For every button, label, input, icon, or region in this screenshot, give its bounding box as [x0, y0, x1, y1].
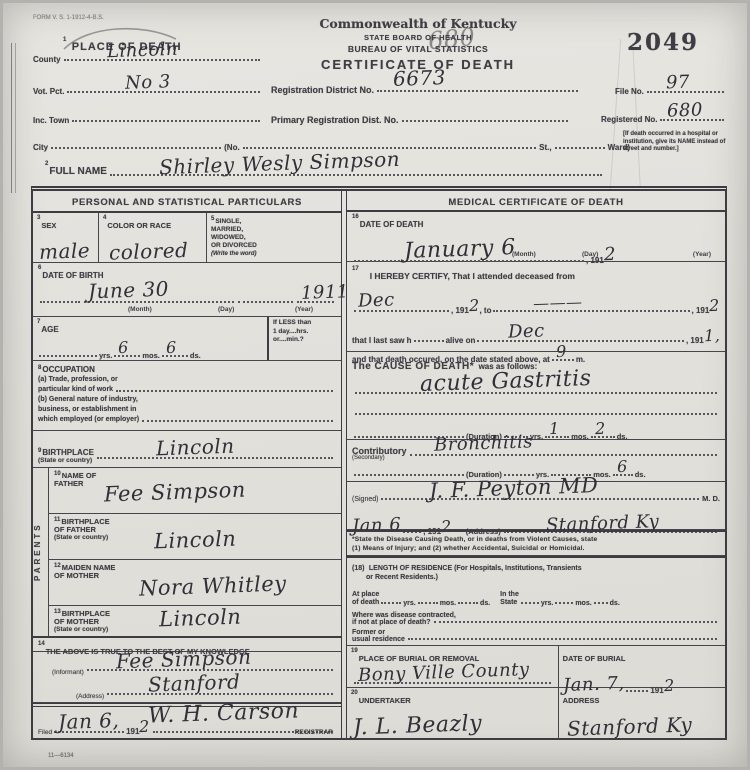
filed-date: Jan 6,	[58, 708, 120, 734]
undertaker-address-value: Stanford Ky	[566, 711, 721, 740]
undertaker-row: 20UNDERTAKER J. L. Beazly ADDRESS Stanfo…	[347, 688, 725, 740]
contracted-label1: Where was disease contracted,	[352, 612, 720, 619]
sex-label: SEX	[41, 221, 56, 230]
father-name-value: Fee Simpson	[104, 478, 247, 507]
city-no-label: (No.	[224, 143, 240, 152]
registrar-label: REGISTRAR	[295, 729, 333, 736]
registration-district-field: Registration District No. 6673	[271, 85, 581, 95]
footnote-line2: (1) Means of Injury; and (2) whether Acc…	[352, 544, 720, 553]
undertaker-address-label: ADDRESS	[563, 696, 600, 705]
res-ds-label2: ds.	[610, 600, 620, 607]
marital-label: WIDOWED,	[211, 234, 337, 242]
registration-district-value: 6673	[393, 65, 447, 91]
item-number: 20	[351, 690, 358, 696]
bureau: BUREAU OF VITAL STATISTICS	[258, 44, 578, 54]
contributory-value: Bronchitis	[434, 431, 534, 455]
physician-signature: J. F. Peyton MD	[429, 473, 599, 503]
birthplace-label: BIRTHPLACE	[42, 448, 94, 457]
res-mos-label2: mos.	[575, 600, 591, 607]
if-less-line: or....min.?	[273, 336, 337, 345]
item-number: 11	[54, 517, 60, 523]
duration2-ds-value: 6	[616, 457, 627, 476]
duration2-ds-label: ds.	[635, 470, 646, 479]
res-ds-label: ds.	[480, 600, 490, 607]
contributory-note: (Secondary)	[352, 455, 407, 462]
if-less-note: If LESS than 1 day....hrs. or....min.?	[267, 317, 341, 360]
scanned-death-certificate: FORM V. S. 1-1912-4-B.S. 1 PLACE OF DEAT…	[0, 0, 750, 770]
county-field: County Lincoln	[33, 55, 263, 64]
precinct-label: Vot. Pct.	[33, 87, 64, 96]
scan-edge-line	[11, 43, 16, 193]
parents-group: PARENTS 10NAME OF FATHER Fee Simpson 11B…	[33, 468, 341, 636]
item-number: 16	[352, 214, 359, 220]
dod-label: DATE OF DEATH	[360, 220, 424, 229]
occupation-b2: business, or establishment in	[38, 405, 336, 415]
age-row: 7AGE yrs. 6 mos. 6 ds. If LESS than 1 da…	[33, 317, 341, 361]
registered-no-field: Registered No. 680	[601, 115, 727, 124]
city-label: City	[33, 143, 48, 152]
footnote-block: *State the Disease Causing Death, or in …	[347, 530, 725, 556]
burial-date-label: DATE OF BURIAL	[563, 654, 626, 663]
md-label: M. D.	[702, 494, 720, 503]
father-birthplace-value: Lincoln	[154, 527, 237, 554]
item-number: 14	[38, 641, 45, 647]
footnote-line1: *State the Disease Causing Death, or in …	[352, 535, 720, 544]
personal-column: PERSONAL AND STATISTICAL PARTICULARS 3SE…	[33, 191, 341, 738]
marital-label: SINGLE,	[215, 218, 241, 225]
date-of-birth-row: 6DATE OF BIRTH June 30 1911 (Month) (Day…	[33, 263, 341, 318]
certify-block: 17I HEREBY CERTIFY, That I attended dece…	[347, 262, 725, 352]
age-yrs-label: yrs.	[99, 351, 112, 360]
residence-num: (18)	[352, 565, 364, 572]
age-ds-value: 6	[166, 338, 177, 357]
father-birthplace-row: 11BIRTHPLACE OF FATHER (State or country…	[49, 514, 341, 560]
commonwealth-title: Commonwealth of Kentucky	[258, 16, 578, 31]
full-name-field: 2FULL NAME Shirley Wesly Simpson	[45, 161, 605, 179]
mother-name-value: Nora Whitley	[139, 572, 287, 601]
age-mos-value: 6	[118, 338, 129, 357]
city-st-label: St.,	[539, 143, 551, 152]
item-number: 12	[54, 563, 61, 569]
mother-birthplace-row: 13BIRTHPLACE OF MOTHER (State or country…	[49, 606, 341, 636]
informant-address-value: Stanford	[147, 669, 240, 696]
hospital-note: [If death occurred in a hospital or inst…	[623, 131, 727, 154]
in-state-label2: State	[500, 599, 519, 607]
dob-month-day: June 30	[88, 276, 170, 303]
residence-block: (18) LENGTH OF RESIDENCE (For Hospitals,…	[347, 556, 725, 646]
item-number: 3	[37, 215, 40, 221]
medical-column: MEDICAL CERTIFICATE OF DEATH 16DATE OF D…	[347, 191, 725, 738]
file-no-value: 97	[666, 72, 691, 94]
day-caption: (Day)	[218, 306, 234, 313]
res-mos-label: mos.	[440, 600, 456, 607]
occupation-b1: (b) General nature of industry,	[38, 395, 336, 405]
full-name-label: FULL NAME	[49, 166, 107, 177]
file-no-label: File No.	[615, 87, 644, 96]
burial-place-value: Bony Ville County	[358, 659, 530, 686]
precinct-field: Vot. Pct. No 3	[33, 87, 263, 96]
duration1-mos-value: 1	[549, 419, 560, 438]
medical-title: MEDICAL CERTIFICATE OF DEATH	[347, 191, 725, 212]
state-board: STATE BOARD OF HEALTH	[258, 33, 578, 42]
item-number: 13	[54, 609, 61, 615]
attended-to-value: ———	[532, 292, 582, 313]
registrar-signature: W. H. Carson	[148, 698, 300, 728]
header-center: Commonwealth of Kentucky STATE BOARD OF …	[258, 16, 578, 72]
occupation-row: 8OCCUPATION (a) Trade, profession, or pa…	[33, 361, 341, 431]
age-ds-label: ds.	[190, 351, 201, 360]
occupation-label: OCCUPATION	[42, 365, 95, 374]
to-year-digit: 2	[709, 296, 720, 315]
residence-head2: or Recent Residents.)	[366, 573, 720, 582]
color-race-value: colored	[109, 237, 203, 264]
from-year-digit: 2	[468, 296, 479, 315]
day-caption: (Day)	[582, 251, 598, 258]
county-label: County	[33, 55, 61, 64]
serial-number: 2049	[603, 29, 723, 56]
registration-district-label: Registration District No.	[271, 85, 374, 95]
color-race-label: COLOR OR RACE	[107, 221, 171, 230]
filed-row: Filed Jan 6, 1912 W. H. Carson REGISTRAR	[33, 703, 341, 738]
marital-label: OR DIVORCED	[211, 242, 337, 250]
occupation-a1: (a) Trade, profession, or	[38, 375, 336, 385]
filed-year-printed: 191	[126, 727, 139, 736]
dob-year: 1911	[301, 281, 350, 304]
item-number: 5	[211, 216, 214, 222]
res-yrs-label: yrs.	[403, 600, 415, 607]
saw-label: that I last saw h	[352, 336, 412, 345]
saw-label2: alive on	[446, 336, 476, 345]
registered-no-value: 680	[666, 99, 703, 121]
item-number: 10	[54, 471, 61, 477]
saw-year-printed: , 191	[686, 336, 704, 345]
if-less-line: If LESS than	[273, 319, 337, 328]
attended-from-value: Dec	[358, 289, 395, 311]
duration1-ds-value: 2	[594, 419, 605, 438]
sex-color-marital-row: 3SEX male 4COLOR OR RACE colored 5SINGLE…	[33, 213, 341, 263]
year-caption: (Year)	[693, 251, 711, 258]
certify-line1: I HEREBY CERTIFY, That I attended deceas…	[370, 271, 575, 281]
residence-head1: LENGTH OF RESIDENCE (For Hospitals, Inst…	[369, 565, 582, 572]
father-name-row: 10NAME OF FATHER Fee Simpson	[49, 468, 341, 514]
personal-title: PERSONAL AND STATISTICAL PARTICULARS	[33, 191, 341, 213]
res-yrs-label2: yrs.	[541, 600, 553, 607]
precinct-value: No 3	[125, 71, 171, 94]
at-place-label1: At place	[352, 591, 379, 598]
if-less-line: 1 day....hrs.	[273, 328, 337, 337]
date-of-death-row: 16DATE OF DEATH January 6 , 1912 (Month)…	[347, 212, 725, 262]
registered-no-label: Registered No.	[601, 115, 657, 124]
contracted-label2: if not at place of death?	[352, 619, 431, 626]
month-caption: (Month)	[128, 306, 152, 313]
informant-label: (Informant)	[52, 669, 84, 676]
item-number: 2	[45, 161, 48, 167]
item-number: 4	[103, 215, 106, 221]
item-number: 19	[351, 648, 358, 654]
sex-value: male	[39, 238, 95, 264]
mother-name-row: 12MAIDEN NAME OF MOTHER Nora Whitley	[49, 560, 341, 606]
birthplace-value: Lincoln	[156, 434, 235, 461]
item-number: 7	[37, 319, 40, 325]
item-number: 9	[38, 448, 41, 454]
to-year-printed: , 191	[692, 306, 710, 315]
inc-town-field: Inc. Town	[33, 116, 263, 125]
burial-row: 19PLACE OF BURIAL OR REMOVAL Bony Ville …	[347, 646, 725, 688]
filed-label: Filed	[38, 729, 52, 736]
dod-value: January 6	[404, 235, 517, 264]
occupation-a2: particular kind of work	[38, 385, 113, 395]
last-saw-value: Dec	[508, 320, 545, 342]
year-caption: (Year)	[295, 306, 313, 313]
item-number: 6	[38, 265, 41, 271]
marital-note: (Write the word)	[211, 250, 337, 258]
former-label2: usual residence	[352, 636, 405, 643]
birthplace-row: 9BIRTHPLACE (State or country) Lincoln	[33, 431, 341, 468]
certificate-paper: FORM V. S. 1-1912-4-B.S. 1 PLACE OF DEAT…	[3, 3, 747, 767]
signed-label: (Signed)	[352, 496, 378, 503]
at-place-label2: of death	[352, 599, 379, 607]
birthplace-note: (State or country)	[38, 457, 94, 465]
to-label: , to	[479, 306, 491, 315]
primary-registration-field: Primary Registration Dist. No.	[271, 115, 571, 125]
county-value: Lincoln	[106, 39, 178, 62]
item-number: 17	[352, 266, 359, 272]
month-caption: (Month)	[512, 251, 536, 258]
file-no-field: File No. 97	[615, 87, 727, 96]
informant-address-label: (Address)	[76, 693, 104, 700]
inc-town-label: Inc. Town	[33, 116, 69, 125]
form-number: FORM V. S. 1-1912-4-B.S.	[33, 15, 104, 21]
age-mos-label: mos.	[142, 351, 160, 360]
former-label1: Former or	[352, 629, 720, 636]
mother-birthplace-value: Lincoln	[159, 605, 242, 632]
main-table: PERSONAL AND STATISTICAL PARTICULARS 3SE…	[31, 186, 727, 740]
primary-registration-label: Primary Registration Dist. No.	[271, 115, 399, 125]
item-number: 8	[38, 365, 41, 371]
undertaker-label: UNDERTAKER	[359, 696, 411, 705]
footer-code: 11—6134	[48, 753, 74, 759]
cause-of-death-block: The CAUSE OF DEATH* was as follows: acut…	[347, 352, 725, 440]
marital-label: MARRIED,	[211, 226, 337, 234]
age-label: AGE	[41, 325, 58, 334]
scan-artifact-line	[610, 39, 621, 189]
saw-year-digit: 1,	[703, 326, 720, 346]
parents-vertical-label: PARENTS	[33, 468, 48, 636]
undertaker-value: J. L. Beazly	[353, 709, 554, 741]
signed-block: (Signed) J. F. Peyton MD M. D. Jan 6 , 1…	[347, 482, 725, 530]
cause-of-death-value: acute Gastritis	[420, 366, 592, 397]
occupation-b3: which employed (or employer)	[38, 415, 139, 425]
in-state-label1: In the	[500, 591, 519, 598]
from-year-printed: , 191	[451, 306, 469, 315]
